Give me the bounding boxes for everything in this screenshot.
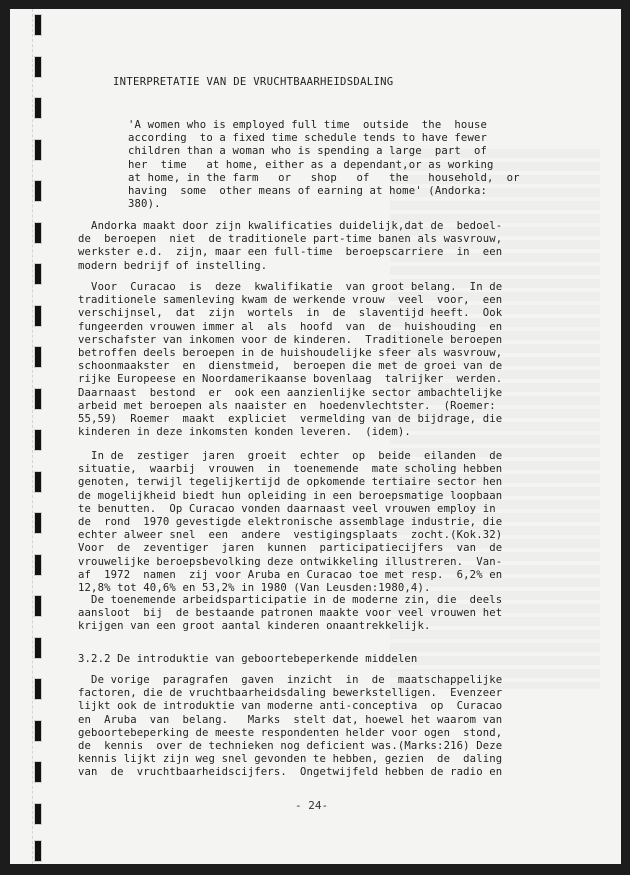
binding-hole	[34, 429, 42, 451]
binding-hole	[34, 305, 42, 327]
binding-hole	[34, 263, 42, 285]
binding-hole	[34, 97, 42, 119]
binding-hole	[34, 761, 42, 783]
binding-hole	[34, 180, 42, 202]
binding-hole	[34, 595, 42, 617]
binding-hole	[34, 14, 42, 36]
document-page: INTERPRETATIE VAN DE VRUCHTBAARHEIDSDALI…	[10, 9, 621, 864]
paragraph: Andorka maakt door zijn kwalificaties du…	[78, 220, 502, 273]
page-number: - 24-	[295, 799, 328, 812]
binding-hole	[34, 803, 42, 825]
binding-hole	[34, 678, 42, 700]
paragraph: De vorige paragrafen gaven inzicht in de…	[78, 674, 502, 780]
binding-hole	[34, 512, 42, 534]
binding-hole	[34, 720, 42, 742]
section-heading: 3.2.2 De introduktie van geboortebeperke…	[78, 653, 417, 666]
binding-hole	[34, 346, 42, 368]
binding-hole	[34, 56, 42, 78]
binding-hole	[34, 840, 42, 862]
binding-hole	[34, 637, 42, 659]
quote-block: 'A women who is employed full time outsi…	[128, 119, 520, 211]
paragraph: Voor Curacao is deze kwalifikatie van gr…	[78, 281, 502, 439]
document-title: INTERPRETATIE VAN DE VRUCHTBAARHEIDSDALI…	[113, 76, 393, 89]
paragraph: In de zestiger jaren groeit echter op be…	[78, 450, 502, 595]
binding-hole	[34, 388, 42, 410]
binding-hole	[34, 139, 42, 161]
paragraph: De toenemende arbeidsparticipatie in de …	[78, 594, 502, 634]
binding-holes	[34, 9, 44, 864]
binding-hole	[34, 471, 42, 493]
binding-hole	[34, 222, 42, 244]
binding-hole	[34, 554, 42, 576]
